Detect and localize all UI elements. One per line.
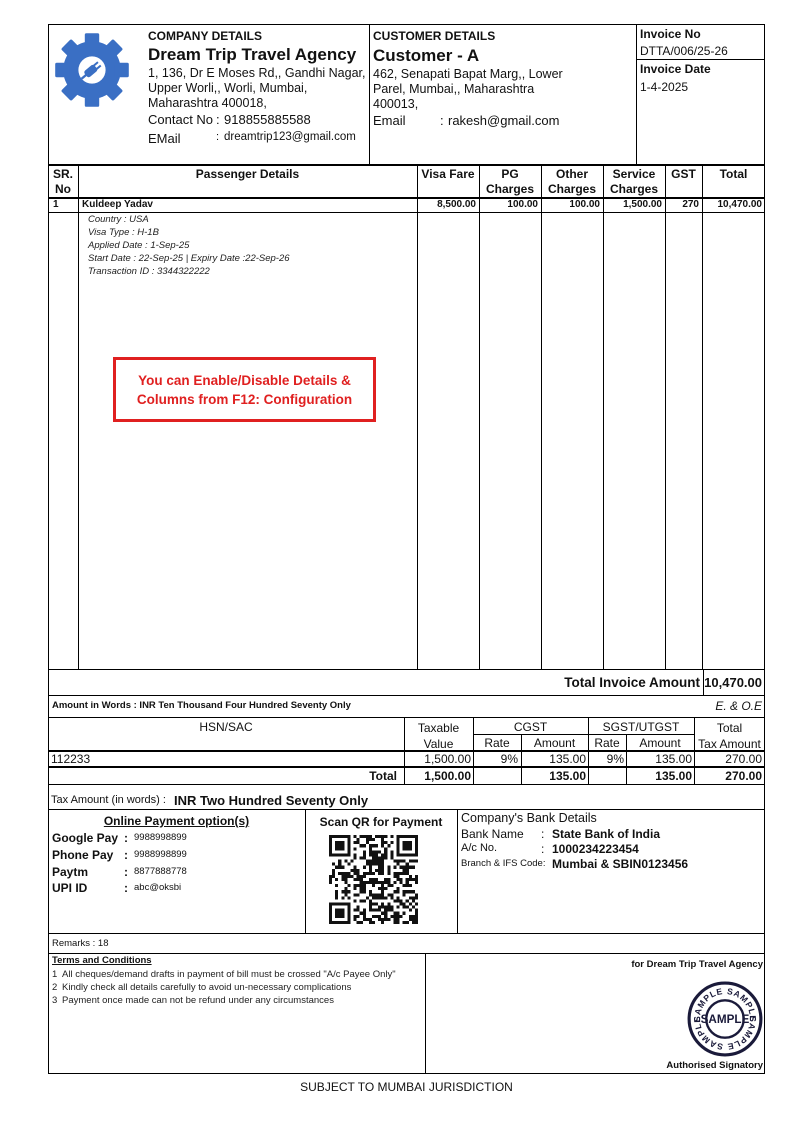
address-line: 462, Senapati Bapat Marg,, Lower — [373, 67, 563, 82]
tax-words-label: Tax Amount (in words) : — [51, 794, 166, 806]
customer-email-label: Email — [373, 113, 406, 128]
divider — [636, 59, 765, 60]
colon: : — [440, 113, 444, 128]
tax-header-cgst: CGST — [473, 720, 588, 734]
header-text: Service — [603, 167, 665, 182]
divider — [48, 784, 765, 785]
tax-header-sgst-rate: Rate — [588, 736, 626, 750]
terms-text: Kindly check all details carefully to av… — [62, 981, 351, 994]
invoice-number-value: DTTA/006/25-26 — [640, 44, 728, 58]
colon: : — [124, 831, 128, 845]
authorised-signatory: Authorised Signatory — [430, 1060, 763, 1071]
company-contact-value: 918855885588 — [224, 112, 311, 127]
header-text: Taxable — [404, 720, 473, 736]
header-text: Other — [541, 167, 603, 182]
divider — [603, 165, 604, 670]
total-invoice-amount-label: Total Invoice Amount — [450, 675, 700, 690]
header-service-charges: Service Charges — [603, 167, 665, 197]
payment-label: Phone Pay — [52, 848, 113, 862]
header-text: PG — [479, 167, 541, 182]
colon: : — [541, 827, 544, 841]
total-invoice-amount-value: 10,470.00 — [703, 675, 762, 690]
svg-text:SAMPLE: SAMPLE — [701, 1013, 750, 1026]
address-line: Upper Worli,, Worli, Mumbai, — [148, 81, 365, 96]
divider — [479, 165, 480, 670]
address-line: Maharashtra 400018, — [148, 96, 365, 111]
bank-label: A/c No. — [461, 842, 497, 854]
signature-for-label: for Dream Trip Travel Agency — [430, 959, 763, 970]
divider — [48, 933, 765, 934]
tax-row-sgst-amount: 135.00 — [626, 752, 692, 766]
customer-address: 462, Senapati Bapat Marg,, Lower Parel, … — [373, 67, 563, 112]
tax-total-total: 270.00 — [694, 769, 762, 783]
row-service-charges: 1,500.00 — [603, 199, 662, 210]
payment-title: Online Payment option(s) — [48, 814, 305, 828]
detail-line: Start Date : 22-Sep-25 | Expiry Date :22… — [88, 252, 290, 265]
colon: : — [541, 842, 544, 856]
header-text: Charges — [479, 182, 541, 197]
company-email-value: dreamtrip123@gmail.com — [224, 131, 356, 143]
payment-value: abc@oksbi — [134, 882, 181, 893]
terms-item: 3Payment once made can not be refund und… — [52, 994, 422, 1007]
company-address: 1, 136, Dr E Moses Rd,, Gandhi Nagar, Up… — [148, 66, 365, 111]
terms-list: 1All cheques/demand drafts in payment of… — [52, 968, 422, 1007]
address-line: 400013, — [373, 97, 563, 112]
invoice-date-value: 1-4-2025 — [640, 80, 688, 94]
divider — [702, 165, 703, 670]
terms-item: 1All cheques/demand drafts in payment of… — [52, 968, 422, 981]
gear-plug-icon — [52, 30, 132, 110]
header-total: Total — [702, 167, 765, 181]
company-name: Dream Trip Travel Agency — [148, 45, 356, 65]
detail-line: Visa Type : H-1B — [88, 226, 290, 239]
divider — [665, 165, 666, 670]
bank-label: Bank Name — [461, 827, 524, 841]
terms-text: All cheques/demand drafts in payment of … — [62, 968, 402, 981]
tax-words-value: INR Two Hundred Seventy Only — [174, 793, 368, 808]
qr-code-icon — [329, 834, 418, 925]
address-line: Parel, Mumbai,, Maharashtra — [373, 82, 563, 97]
notice-line: Columns from F12: Configuration — [116, 390, 373, 409]
terms-number: 1 — [52, 968, 62, 981]
tax-header-sgst: SGST/UTGST — [588, 720, 694, 734]
row-total: 10,470.00 — [702, 199, 762, 210]
row-gst: 270 — [665, 199, 699, 210]
header-text: SR. — [48, 167, 78, 182]
tax-words-label-text: Tax Amount (in words) — [51, 794, 160, 806]
tax-total-taxable: 1,500.00 — [404, 769, 471, 783]
header-visa-fare: Visa Fare — [417, 167, 479, 181]
customer-email-value: rakesh@gmail.com — [448, 113, 559, 128]
divider — [425, 954, 426, 1074]
colon: : — [124, 881, 128, 895]
tax-header-total: Total Tax Amount — [694, 720, 765, 752]
payment-value: 9988998899 — [134, 832, 187, 843]
tax-row-cgst-rate: 9% — [473, 752, 518, 766]
amount-in-words: Amount in Words : INR Ten Thousand Four … — [52, 700, 351, 711]
payment-value: 9988998899 — [134, 849, 187, 860]
divider — [636, 24, 637, 165]
divider — [457, 810, 458, 934]
header-text: Tax Amount — [694, 736, 765, 752]
qr-title: Scan QR for Payment — [305, 815, 457, 829]
bank-title: Company's Bank Details — [461, 811, 597, 825]
remarks: Remarks : 18 — [52, 938, 109, 949]
notice-line: You can Enable/Disable Details & — [116, 371, 373, 390]
company-contact-label: Contact No — [148, 112, 213, 127]
divider — [417, 165, 418, 670]
row-pg-charges: 100.00 — [479, 199, 538, 210]
divider — [48, 766, 765, 768]
header-sr-no: SR. No — [48, 167, 78, 197]
header-gst: GST — [665, 167, 702, 181]
bank-value: Mumbai & SBIN0123456 — [552, 857, 688, 871]
sample-stamp-icon: SAMPLE SAMPLE SAMPLE SAMPLE SAMPLE — [686, 980, 764, 1058]
divider — [78, 165, 79, 670]
detail-line: Transaction ID : 3344322222 — [88, 265, 290, 278]
customer-section-label: CUSTOMER DETAILS — [373, 29, 495, 43]
header-text: Charges — [541, 182, 603, 197]
tax-header-cgst-rate: Rate — [473, 736, 521, 750]
tax-header-sgst-amount: Amount — [626, 736, 694, 750]
row-other-charges: 100.00 — [541, 199, 600, 210]
bank-value: State Bank of India — [552, 827, 660, 841]
tax-total-label: Total — [48, 769, 397, 783]
payment-label: Google Pay — [52, 831, 118, 845]
payment-label: Paytm — [52, 865, 88, 879]
header-text: Value — [404, 736, 473, 752]
colon: : — [124, 848, 128, 862]
bank-value: 1000234223454 — [552, 842, 639, 856]
detail-line: Applied Date : 1-Sep-25 — [88, 239, 290, 252]
terms-number: 2 — [52, 981, 62, 994]
divider — [48, 717, 765, 718]
colon: : — [216, 112, 220, 127]
header-text: Total — [694, 720, 765, 736]
configuration-notice: You can Enable/Disable Details & Columns… — [113, 357, 376, 422]
company-section-label: COMPANY DETAILS — [148, 29, 262, 43]
tax-header-cgst-amount: Amount — [521, 736, 588, 750]
row-passenger-details: Country : USA Visa Type : H-1B Applied D… — [88, 213, 290, 278]
row-visa-fare: 8,500.00 — [417, 199, 476, 210]
detail-line: Country : USA — [88, 213, 290, 226]
company-email-label: EMail — [148, 131, 181, 146]
address-line: 1, 136, Dr E Moses Rd,, Gandhi Nagar, — [148, 66, 365, 81]
tax-total-sgst-amount: 135.00 — [626, 769, 692, 783]
tax-row-sgst-rate: 9% — [588, 752, 624, 766]
header-text: Charges — [603, 182, 665, 197]
terms-text: Payment once made can not be refund unde… — [62, 994, 334, 1007]
colon: : — [124, 865, 128, 879]
tax-total-cgst-amount: 135.00 — [521, 769, 586, 783]
divider — [48, 953, 765, 954]
bank-label-text: Branch & IFS Code — [461, 858, 543, 869]
eoe-label: E. & O.E — [680, 699, 762, 713]
header-text: No — [48, 182, 78, 197]
bank-label: Branch & IFS Code: — [461, 858, 546, 869]
row-passenger-name: Kuldeep Yadav — [82, 199, 153, 210]
header-pg-charges: PG Charges — [479, 167, 541, 197]
invoice-number-label: Invoice No — [640, 27, 701, 41]
terms-title: Terms and Conditions — [52, 955, 152, 966]
terms-number: 3 — [52, 994, 62, 1007]
tax-row-taxable: 1,500.00 — [404, 752, 471, 766]
divider — [369, 24, 370, 165]
jurisdiction-footer: SUBJECT TO MUMBAI JURISDICTION — [48, 1080, 765, 1094]
tax-row-cgst-amount: 135.00 — [521, 752, 586, 766]
payment-label: UPI ID — [52, 881, 87, 895]
divider — [541, 165, 542, 670]
terms-item: 2Kindly check all details carefully to a… — [52, 981, 422, 994]
row-sr: 1 — [53, 199, 59, 210]
invoice-date-label: Invoice Date — [640, 62, 711, 76]
divider — [48, 695, 765, 696]
payment-value: 8877888778 — [134, 866, 187, 877]
tax-row-hsn: 112233 — [51, 752, 90, 766]
divider — [48, 669, 765, 670]
tax-header-taxable-value: Taxable Value — [404, 720, 473, 752]
tax-header-hsn: HSN/SAC — [48, 720, 404, 734]
header-other-charges: Other Charges — [541, 167, 603, 197]
divider — [48, 164, 765, 166]
tax-row-total: 270.00 — [694, 752, 762, 766]
divider — [473, 734, 694, 735]
divider — [48, 809, 765, 810]
header-passenger-details: Passenger Details — [78, 167, 417, 181]
customer-name: Customer - A — [373, 46, 479, 66]
colon: : — [216, 131, 219, 143]
